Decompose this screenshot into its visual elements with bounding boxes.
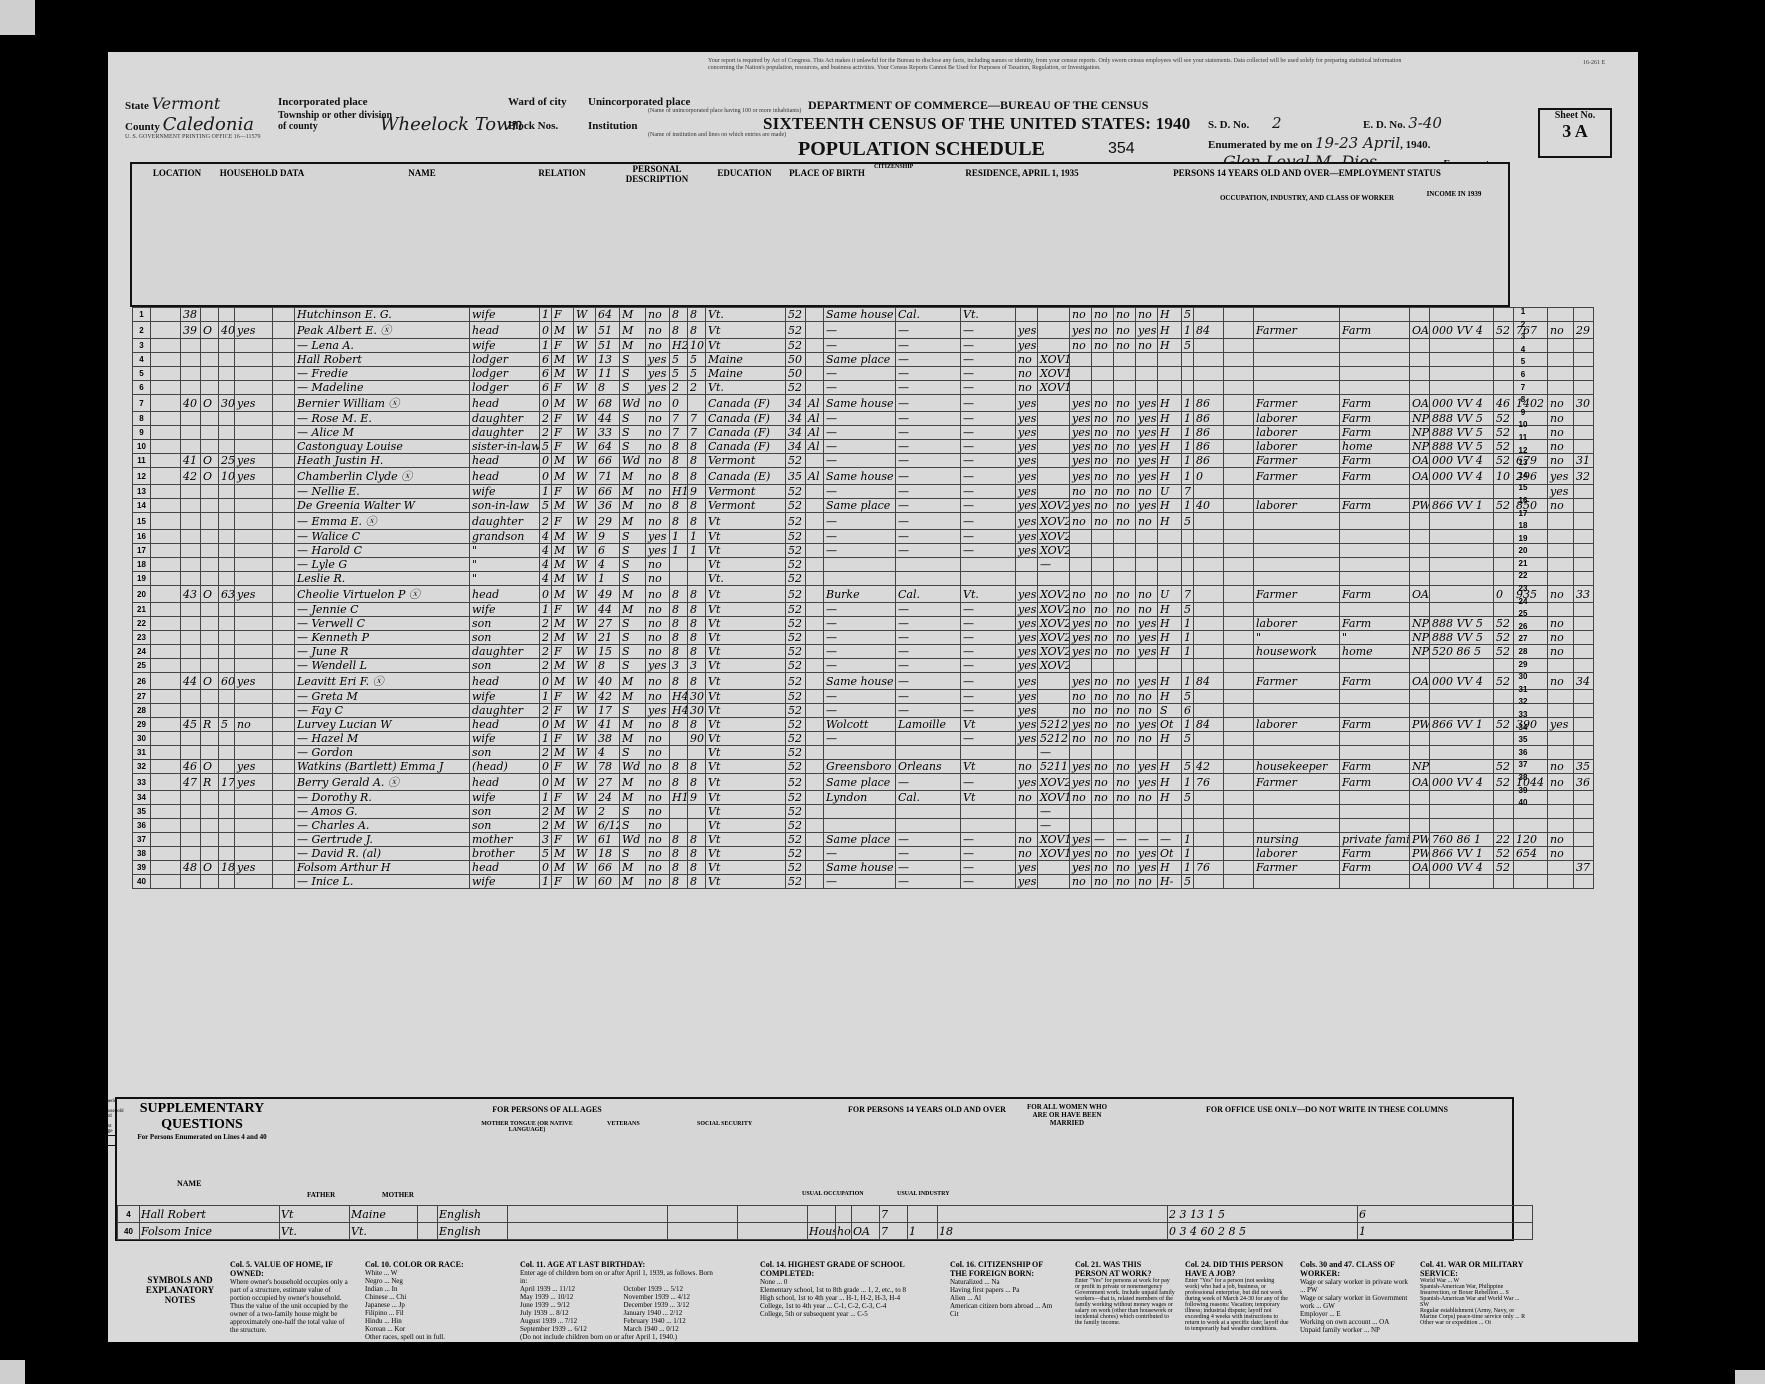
cell-c21: [1070, 558, 1092, 572]
cell-c25: H-: [1158, 875, 1182, 889]
cell-val: [219, 572, 235, 586]
cell-pob: Vt: [706, 774, 786, 791]
cell-farm: [235, 659, 273, 673]
note-item: High school, 1st to 4th year ... H-1, H-…: [760, 1294, 910, 1302]
cell-name: Berry Gerald A. ⓧ: [295, 774, 470, 791]
table-row: 23— Kenneth Pson2MW21Sno88Vt52———yesXOV2…: [133, 631, 1594, 645]
table-row: 14De Greenia Walter Wson-in-law5MW36Mno8…: [133, 499, 1594, 513]
cell-fs: [1574, 617, 1594, 631]
cell-st: —: [961, 617, 1016, 631]
table-row: 8— Rose M. E.daughter2FW44Sno77Canada (F…: [133, 412, 1594, 426]
cell-race: W: [574, 572, 596, 586]
cell-d: [1038, 468, 1070, 485]
line-number: 9: [1512, 408, 1534, 421]
cell-c25: H: [1158, 732, 1182, 746]
cell-mar: S: [620, 704, 646, 718]
cell-pc: 52: [786, 791, 806, 805]
cell-hh: [181, 513, 201, 530]
cell-e: 7: [1182, 586, 1194, 603]
cell-line: 35: [133, 805, 151, 819]
cell-age: 1: [596, 572, 620, 586]
cell-c24: [1136, 544, 1158, 558]
cell-c22: no: [1092, 603, 1114, 617]
cell-rel: ": [470, 558, 540, 572]
cell-cls: [1410, 746, 1430, 760]
cell-mar: M: [620, 586, 646, 603]
cell-sex: M: [552, 673, 574, 690]
cell-d: XOV1: [1038, 381, 1070, 395]
line-number: 4: [1512, 345, 1534, 358]
cell-rel: sister-in-law: [470, 440, 540, 454]
cell-c25: Ot: [1158, 718, 1182, 732]
cell-fs: [1574, 499, 1594, 513]
note-item: June 1939 ... 9/12: [520, 1301, 617, 1309]
empty-cell: [151, 322, 181, 339]
cell-race: W: [574, 805, 596, 819]
empty-cell: [151, 530, 181, 544]
cell-c26: [1194, 367, 1224, 381]
cell-cls: [1410, 659, 1430, 673]
note-col21-title: Col. 21. WAS THIS PERSON AT WORK?: [1075, 1260, 1175, 1278]
cell-code: 0: [540, 774, 552, 791]
cell-wk: 52: [1494, 454, 1514, 468]
cell-gr: H4: [670, 690, 688, 704]
cell-inc: 654: [1514, 847, 1548, 861]
cell-code: 0: [540, 718, 552, 732]
cell-edc: 8: [688, 875, 706, 889]
cell-age: 44: [596, 603, 620, 617]
cell-c23: no: [1114, 645, 1136, 659]
cell-line: 9: [133, 426, 151, 440]
cell-gr: 8: [670, 645, 688, 659]
cell-sex: F: [552, 833, 574, 847]
cell-wk: [1494, 659, 1514, 673]
cell-cls: OA: [1410, 454, 1430, 468]
cell-code: 1: [540, 308, 552, 322]
note-item: July 1939 ... 8/12: [520, 1309, 617, 1317]
cell-f: 000 VV 4: [1430, 322, 1494, 339]
cell-e: 1: [1182, 631, 1194, 645]
empty-cell: [151, 732, 181, 746]
cell-sex: M: [552, 544, 574, 558]
cell-d: [1038, 861, 1070, 875]
household-card-checkbox[interactable]: [105, 1135, 116, 1146]
cell-st: —: [961, 603, 1016, 617]
line-number: 3: [1512, 332, 1534, 345]
cell-cit: Al: [806, 412, 824, 426]
cell-line: 22: [133, 617, 151, 631]
cell-val: [219, 819, 235, 833]
cell-code: 4: [540, 558, 552, 572]
cell-f: 000 VV 4: [1430, 454, 1494, 468]
cell-line: 4: [133, 353, 151, 367]
cell-pob: Canada (F): [706, 426, 786, 440]
cell-gr: H1: [670, 485, 688, 499]
cell-gr: 8: [670, 617, 688, 631]
cell-c22: [1092, 659, 1114, 673]
cell-c26: [1194, 353, 1224, 367]
cell-c22: [1092, 353, 1114, 367]
cell-cty: Lamoille: [896, 718, 961, 732]
cell-sch: no: [646, 833, 670, 847]
cell-sch: no: [646, 617, 670, 631]
table-row: 5— Fredielodger6MW11Syes55Maine50———noXO…: [133, 367, 1594, 381]
cell-val: 1800: [219, 861, 235, 875]
cell-code: 6: [540, 353, 552, 367]
cell-onf: yes: [1016, 499, 1038, 513]
supplementary-questions: Check, if household card on next page SU…: [115, 1097, 1514, 1241]
cell-c21: yes: [1070, 322, 1092, 339]
cell-st: —: [961, 395, 1016, 412]
cell-occ: [1254, 875, 1340, 889]
cell-sch: no: [646, 847, 670, 861]
cell-oth: no: [1548, 586, 1574, 603]
empty-cell: [1224, 704, 1254, 718]
cell-d: —: [1038, 558, 1070, 572]
cell-pob: Vt: [706, 673, 786, 690]
cell-ind: [1340, 819, 1410, 833]
cell-d: 5212: [1038, 718, 1070, 732]
note-item: Alien ... Al: [950, 1294, 1060, 1302]
cell-sex: F: [552, 485, 574, 499]
cell-pc: 52: [786, 659, 806, 673]
cell-occ: nursing: [1254, 833, 1340, 847]
empty-cell: [273, 673, 295, 690]
cell-code: 3: [540, 833, 552, 847]
cell-sex: M: [552, 659, 574, 673]
cell-oth: [1548, 367, 1574, 381]
cell-cty: [896, 732, 961, 746]
cell-oth: [1548, 690, 1574, 704]
cell-rel: son: [470, 805, 540, 819]
cell-st: —: [961, 875, 1016, 889]
group-citizenship: CITIZENSHIP: [874, 164, 894, 170]
note-item: August 1939 ... 7/12: [520, 1317, 617, 1325]
empty-cell: [273, 774, 295, 791]
cell-gr: 2: [670, 381, 688, 395]
cell-c23: no: [1114, 513, 1136, 530]
cell-own: [201, 530, 219, 544]
cell-c21: [1070, 367, 1092, 381]
supp-cell-y: 6: [1358, 1206, 1533, 1223]
cell-e: 5: [1182, 732, 1194, 746]
note-item: Korean ... Kor: [365, 1325, 495, 1333]
table-row: 38— David R. (al)brother5MW18Sno88Vt52——…: [133, 847, 1594, 861]
cell-race: W: [574, 875, 596, 889]
cell-val: [219, 690, 235, 704]
empty-cell: [151, 847, 181, 861]
cell-own: [201, 746, 219, 760]
cell-fs: [1574, 847, 1594, 861]
cell-mar: S: [620, 367, 646, 381]
cell-onf: yes: [1016, 732, 1038, 746]
cell-pc: 50: [786, 353, 806, 367]
cell-wk: 52: [1494, 499, 1514, 513]
cell-val: 3000: [219, 395, 235, 412]
table-row: 3347R17yesBerry Gerald A. ⓧhead0MW27Mno8…: [133, 774, 1594, 791]
cell-c26: 86: [1194, 395, 1224, 412]
cell-d: [1038, 426, 1070, 440]
cell-line: 13: [133, 485, 151, 499]
cell-onf: yes: [1016, 861, 1038, 875]
note-col11-title: Col. 11. AGE AT LAST BIRTHDAY:: [520, 1260, 720, 1269]
cell-c25: H: [1158, 339, 1182, 353]
cell-edc: 9: [688, 791, 706, 805]
cell-cls: PW: [1410, 718, 1430, 732]
cell-own: [201, 353, 219, 367]
cell-sch: no: [646, 308, 670, 322]
cell-age: 27: [596, 774, 620, 791]
cell-wk: 10: [1494, 468, 1514, 485]
cell-c25: Ot: [1158, 847, 1182, 861]
cell-city: Greensboro: [824, 760, 896, 774]
note-item: American citizen born abroad ... Am Cit: [950, 1302, 1060, 1318]
cell-edc: 1: [688, 544, 706, 558]
table-row: 24— June Rdaughter2FW15Sno88Vt52———yesXO…: [133, 645, 1594, 659]
empty-cell: [1224, 659, 1254, 673]
cell-sch: no: [646, 875, 670, 889]
cell-e: 6: [1182, 704, 1194, 718]
cell-st: —: [961, 833, 1016, 847]
empty-cell: [151, 645, 181, 659]
note-col10: Col. 10. COLOR OR RACE:White ... WNegro …: [365, 1260, 495, 1341]
cell-val: 6375: [219, 586, 235, 603]
state-label: State: [125, 100, 149, 112]
cell-line: 5: [133, 367, 151, 381]
cell-wk: 52: [1494, 861, 1514, 875]
cell-c24: —: [1136, 833, 1158, 847]
empty-cell: [151, 791, 181, 805]
cell-line: 19: [133, 572, 151, 586]
cell-ind: home: [1340, 440, 1410, 454]
cell-c26: 84: [1194, 322, 1224, 339]
cell-c21: yes: [1070, 617, 1092, 631]
table-row: 27— Greta Mwife1FW42MnoH430Vt52———yesnon…: [133, 690, 1594, 704]
cell-city: —: [824, 544, 896, 558]
cell-pob: Vermont: [706, 454, 786, 468]
cell-e: 1: [1182, 774, 1194, 791]
cell-onf: yes: [1016, 485, 1038, 499]
cell-occ: [1254, 805, 1340, 819]
cell-line: 1: [133, 308, 151, 322]
cell-wk: [1494, 530, 1514, 544]
cell-c24: [1136, 805, 1158, 819]
cell-ind: [1340, 572, 1410, 586]
table-row: 138Hutchinson E. G.wife1FW64Mno88Vt.52Sa…: [133, 308, 1594, 322]
cell-f: [1430, 558, 1494, 572]
cell-e: 5: [1182, 760, 1194, 774]
cell-sch: no: [646, 603, 670, 617]
cell-sch: no: [646, 760, 670, 774]
cell-ind: Farm: [1340, 322, 1410, 339]
cell-c21: no: [1070, 704, 1092, 718]
cell-rel: head: [470, 586, 540, 603]
cell-wk: 52: [1494, 631, 1514, 645]
cell-cty: [896, 746, 961, 760]
cell-mar: M: [620, 718, 646, 732]
cell-fs: [1574, 572, 1594, 586]
cell-val: [219, 704, 235, 718]
cell-race: W: [574, 499, 596, 513]
cell-farm: [235, 513, 273, 530]
cell-e: 1: [1182, 617, 1194, 631]
cell-st: —: [961, 861, 1016, 875]
cell-city: —: [824, 426, 896, 440]
cell-hh: 44: [181, 673, 201, 690]
census-title: SIXTEENTH CENSUS OF THE UNITED STATES: 1…: [763, 114, 1190, 134]
cell-own: [201, 572, 219, 586]
cell-code: 4: [540, 530, 552, 544]
note-item: Chinese ... Chi: [365, 1293, 495, 1301]
cell-c26: [1194, 690, 1224, 704]
cell-cls: PW: [1410, 833, 1430, 847]
cell-race: W: [574, 339, 596, 353]
cell-occ: ": [1254, 631, 1340, 645]
cell-fs: [1574, 746, 1594, 760]
cell-pc: 52: [786, 308, 806, 322]
cell-c21: yes: [1070, 631, 1092, 645]
empty-cell: [738, 1223, 808, 1240]
supplementary-subtitle: For Persons Enumerated on Lines 4 and 40: [127, 1133, 277, 1141]
cell-f: [1430, 690, 1494, 704]
line-number: 11: [1512, 433, 1534, 446]
cell-race: W: [574, 659, 596, 673]
line-number: 5: [1512, 357, 1534, 370]
cell-gr: 8: [670, 875, 688, 889]
empty-cell: [1224, 440, 1254, 454]
empty-cell: [273, 468, 295, 485]
empty-cell: [1224, 572, 1254, 586]
empty-cell: [151, 875, 181, 889]
cell-own: [201, 513, 219, 530]
line-number: 16: [1512, 496, 1534, 509]
cell-e: 5: [1182, 339, 1194, 353]
cell-edc: [688, 805, 706, 819]
cell-fs: [1574, 875, 1594, 889]
cell-c25: H: [1158, 499, 1182, 513]
cell-c21: yes: [1070, 454, 1092, 468]
cell-cit: [806, 586, 824, 603]
cell-occ: laborer: [1254, 440, 1340, 454]
cell-cty: [896, 558, 961, 572]
cell-hh: 43: [181, 586, 201, 603]
cell-st: —: [961, 544, 1016, 558]
cell-age: 6: [596, 544, 620, 558]
cell-c25: [1158, 805, 1182, 819]
empty-cell: [1224, 322, 1254, 339]
cell-occ: [1254, 690, 1340, 704]
cell-sch: no: [646, 485, 670, 499]
supp-cell-name: Folsom Inice: [140, 1223, 280, 1240]
cell-ind: Farm: [1340, 426, 1410, 440]
cell-e: 1: [1182, 861, 1194, 875]
cell-hh: 38: [181, 308, 201, 322]
table-row: 19Leslie R."4MW1SnoVt.52: [133, 572, 1594, 586]
cell-e: 1: [1182, 322, 1194, 339]
cell-sch: no: [646, 322, 670, 339]
cell-line: 39: [133, 861, 151, 875]
cell-oth: [1548, 530, 1574, 544]
cell-val: [219, 791, 235, 805]
cell-age: 36: [596, 499, 620, 513]
cell-fs: 30: [1574, 395, 1594, 412]
cell-cls: NP: [1410, 631, 1430, 645]
cell-cls: NP: [1410, 440, 1430, 454]
cell-onf: yes: [1016, 586, 1038, 603]
cell-c21: yes: [1070, 760, 1092, 774]
cell-sex: M: [552, 454, 574, 468]
cell-wk: [1494, 381, 1514, 395]
cell-val: [219, 732, 235, 746]
cell-c26: [1194, 805, 1224, 819]
cell-val: 17: [219, 774, 235, 791]
cell-ind: [1340, 603, 1410, 617]
cell-age: 6/12: [596, 819, 620, 833]
cell-gr: [670, 572, 688, 586]
cell-st: —: [961, 530, 1016, 544]
cell-line: 25: [133, 659, 151, 673]
cell-race: W: [574, 530, 596, 544]
cell-c21: [1070, 530, 1092, 544]
cell-race: W: [574, 468, 596, 485]
empty-cell: [1224, 746, 1254, 760]
cell-c24: yes: [1136, 774, 1158, 791]
cell-pc: 52: [786, 617, 806, 631]
cell-city: —: [824, 454, 896, 468]
cell-cty: —: [896, 353, 961, 367]
note-col11-foot: (Do not include children born on or afte…: [520, 1333, 677, 1341]
cell-onf: no: [1016, 791, 1038, 805]
cell-line: 8: [133, 412, 151, 426]
cell-c23: no: [1114, 690, 1136, 704]
empty-cell: [273, 485, 295, 499]
cell-c24: no: [1136, 586, 1158, 603]
cell-wk: 52: [1494, 322, 1514, 339]
cell-race: W: [574, 673, 596, 690]
cell-c26: [1194, 603, 1224, 617]
cell-name: Hall Robert: [295, 353, 470, 367]
cell-age: 8: [596, 659, 620, 673]
cell-code: 6: [540, 381, 552, 395]
cell-hh: 42: [181, 468, 201, 485]
cell-wk: 52: [1494, 847, 1514, 861]
cell-c26: [1194, 791, 1224, 805]
cell-name: — Emma E. ⓧ: [295, 513, 470, 530]
empty-cell: [1224, 485, 1254, 499]
cell-st: —: [961, 426, 1016, 440]
cell-f: [1430, 586, 1494, 603]
note-item: May 1939 ... 10/12: [520, 1293, 617, 1301]
cell-c24: yes: [1136, 395, 1158, 412]
cell-edc: 90: [688, 732, 706, 746]
cell-e: 7: [1182, 485, 1194, 499]
cell-name: — Charles A.: [295, 819, 470, 833]
cell-race: W: [574, 412, 596, 426]
line-number: 25: [1512, 609, 1534, 622]
cell-hh: [181, 412, 201, 426]
cell-c22: [1092, 544, 1114, 558]
group-occupation: OCCUPATION, INDUSTRY, AND CLASS OF WORKE…: [1192, 194, 1422, 202]
cell-farm: [235, 847, 273, 861]
cell-cty: —: [896, 544, 961, 558]
cell-c25: U: [1158, 485, 1182, 499]
cell-c22: no: [1092, 339, 1114, 353]
supp-cell-father: Vt: [280, 1206, 350, 1223]
cell-pc: 52: [786, 544, 806, 558]
cell-mar: M: [620, 732, 646, 746]
cell-edc: 30: [688, 704, 706, 718]
cell-name: Bernier William ⓧ: [295, 395, 470, 412]
